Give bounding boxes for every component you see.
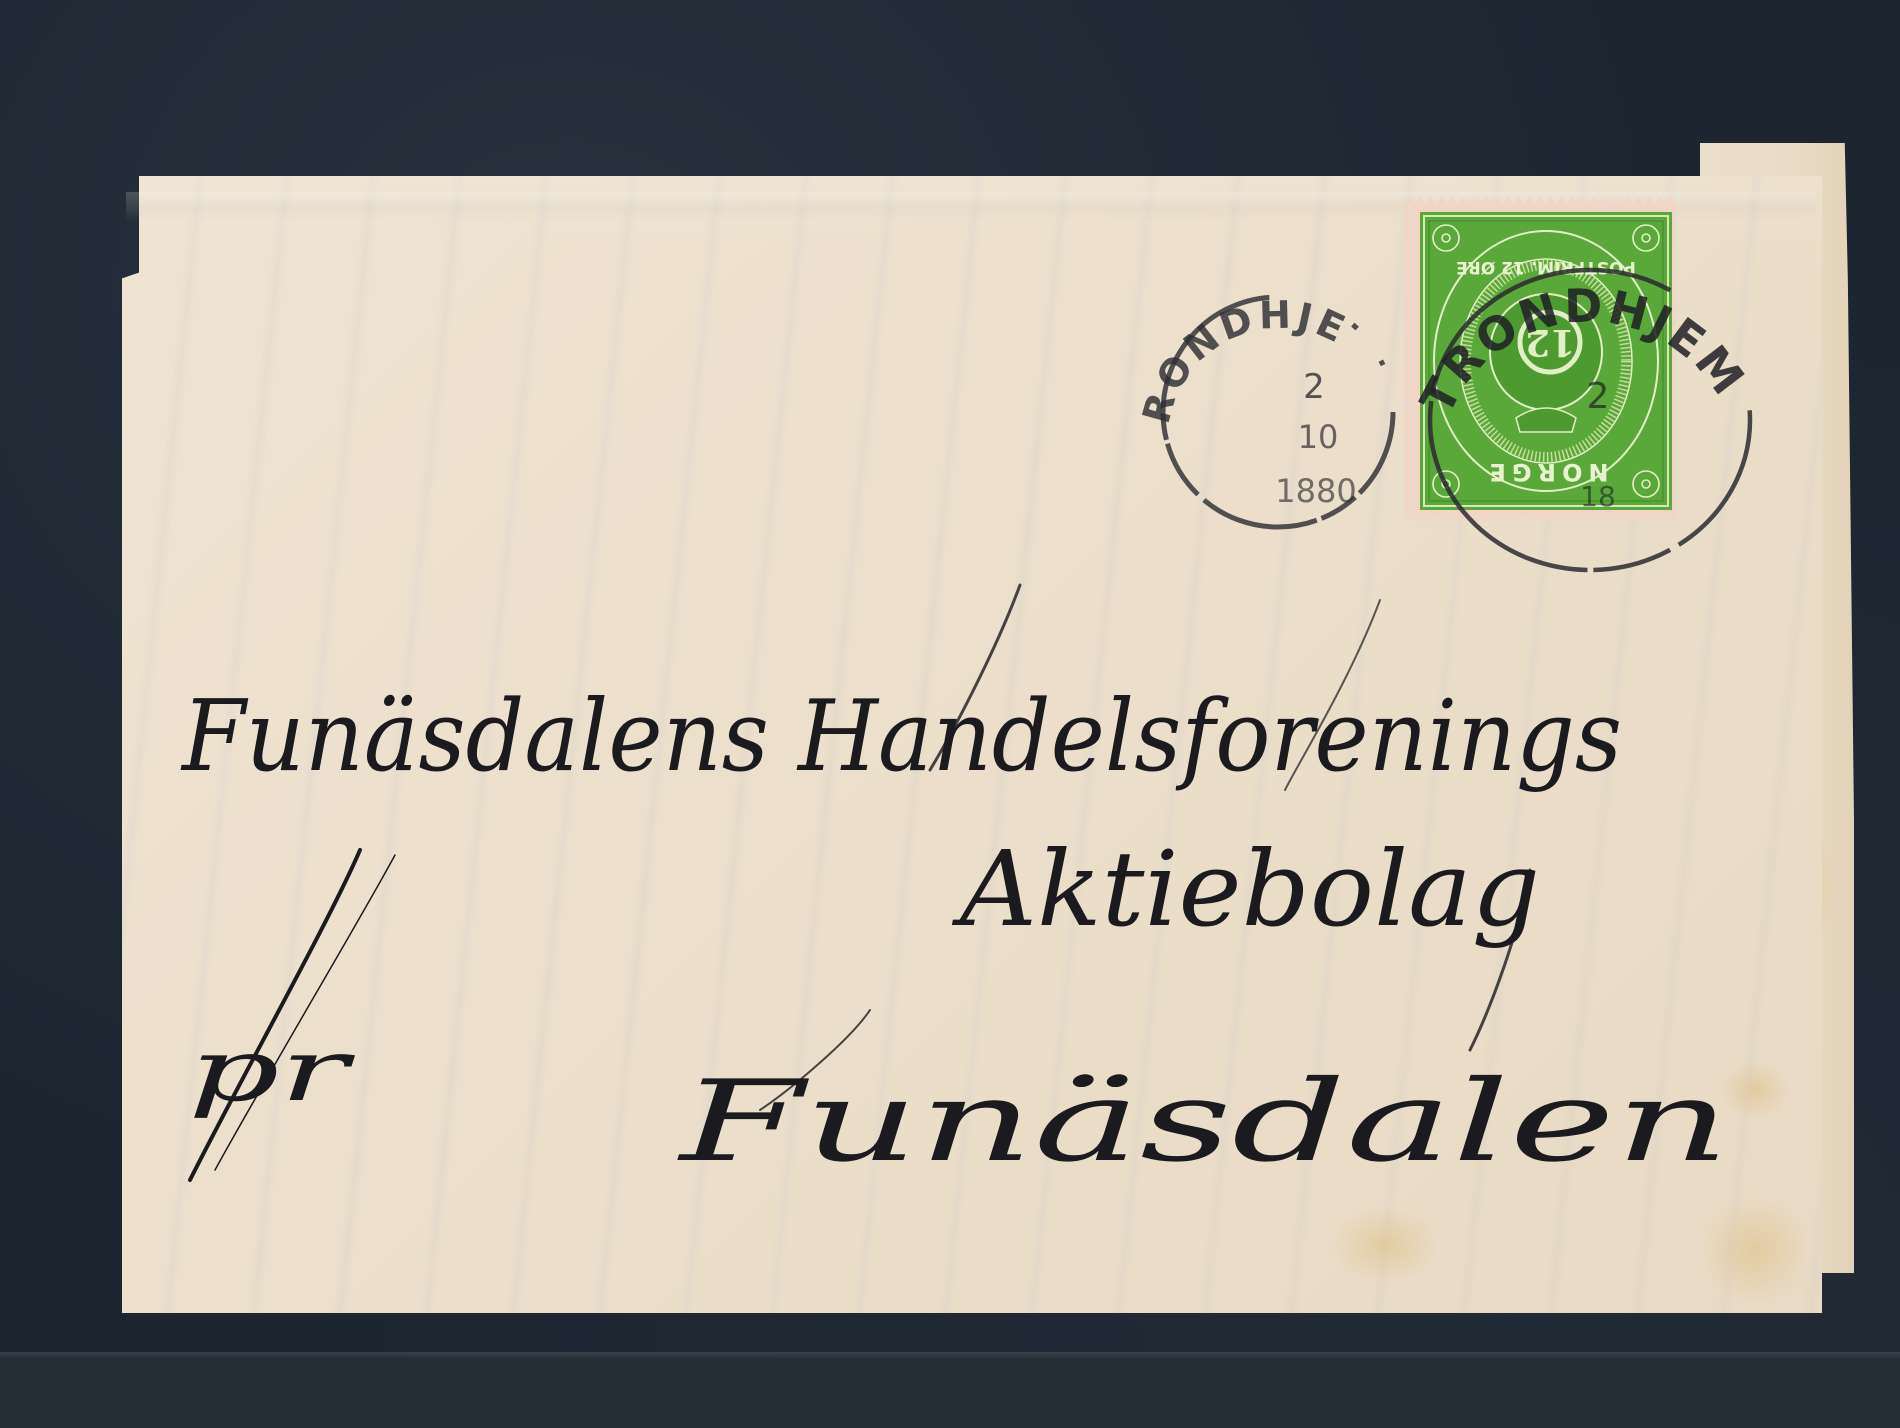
- foxing-stain: [1720, 1060, 1790, 1120]
- postage-stamp: 12 POSTFRIM. 12 ØRE NORGE: [1420, 212, 1672, 510]
- album-mount-edge: [0, 1352, 1900, 1358]
- stamp-denomination: 12: [1525, 321, 1575, 363]
- stamp-inscription: POSTFRIM. 12 ØRE: [1456, 257, 1636, 277]
- stamp-country: NORGE: [1483, 458, 1608, 486]
- foxing-stain: [1700, 1195, 1810, 1305]
- foxing-stain: [1330, 1205, 1440, 1285]
- album-mount-lower-strip: [0, 1358, 1900, 1428]
